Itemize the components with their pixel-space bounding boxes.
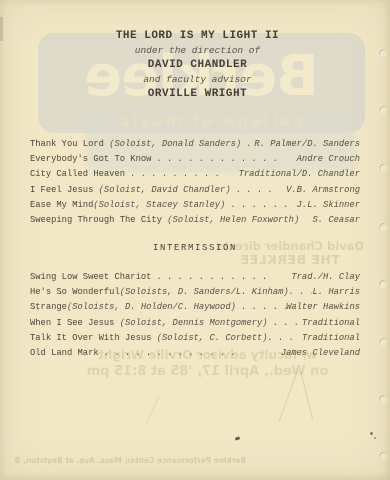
hole-punch: [379, 452, 387, 460]
hole-punch: [379, 164, 387, 172]
dot-leader: . . . . .: [236, 302, 286, 312]
song-row: Everybody's Got To Know. . . . . . . . .…: [30, 154, 360, 169]
song-title: Everybody's Got To Know: [30, 154, 151, 164]
paper-crease: [279, 369, 299, 421]
song-composer: Traditional: [302, 318, 360, 328]
song-soloist: (Soloists, D. Holden/C. Haywood): [67, 302, 236, 312]
song-title: Sweeping Through The City: [30, 215, 167, 225]
hole-punch: [379, 395, 387, 403]
song-soloist: (Soloist, Helen Foxworth): [167, 215, 299, 225]
song-title: Old Land Mark: [30, 348, 99, 358]
ink-speck: [235, 436, 241, 441]
ink-speck: [370, 432, 373, 435]
song-title: City Called Heaven: [30, 169, 125, 179]
song-row: When I See Jesus (Soloist, Dennis Montgo…: [30, 318, 360, 333]
dot-leader: . . . .: [231, 185, 286, 195]
song-soloist: (Soloists, D. Sanders/L. Kinham).: [120, 287, 294, 297]
song-row: Sweeping Through The City (Soloist, Hele…: [30, 215, 360, 230]
dot-leader: . .: [273, 333, 302, 343]
song-composer: J.L. Skinner: [297, 200, 360, 210]
song-composer: James Cleveland: [281, 348, 360, 358]
hole-punch: [379, 280, 387, 288]
song-composer: Traditional/D. Chandler: [239, 169, 360, 179]
song-title: Talk It Over With Jesus: [30, 333, 157, 343]
program-title: THE LORD IS MY LIGHT II: [30, 29, 365, 44]
director-name: DAVID CHANDLER: [30, 58, 365, 73]
song-title: He's So Wonderful: [30, 287, 120, 297]
direction-subtitle: under the direction of: [30, 44, 365, 59]
song-composer: Walter Hawkins: [286, 302, 360, 312]
song-soloist: (Soloist, David Chandler): [99, 185, 231, 195]
song-row: Old Land Mark. . . . . . . . . . . . .Ja…: [30, 348, 360, 363]
song-composer: Andre Crouch: [297, 154, 360, 164]
song-soloist: (Soloist, Stacey Stanley): [93, 200, 225, 210]
paper-crease: [300, 371, 313, 420]
hole-punch: [379, 49, 387, 57]
song-title: Ease My Mind: [30, 200, 93, 210]
song-composer: V.B. Armstrong: [286, 185, 360, 195]
advisor-subtitle: and faculty advisor: [30, 73, 365, 88]
song-row: I Feel Jesus (Soloist, David Chandler). …: [30, 185, 360, 200]
dot-leader: . . . . . . . . . . . .: [151, 154, 296, 164]
paper-crease: [146, 396, 160, 424]
dot-leader: . . . . . . . . . . .: [151, 272, 291, 282]
song-soloist: (Soloist, Donald Sanders): [109, 139, 241, 149]
dot-leader: . .: [294, 287, 313, 297]
song-title: Swing Low Sweet Chariot: [30, 272, 151, 282]
song-composer: Trad./H. Clay: [291, 272, 360, 282]
song-composer: R. Palmer/D. Sanders: [254, 139, 360, 149]
song-composer: L. Harris: [312, 287, 360, 297]
dot-leader: . .: [241, 139, 254, 149]
program-header: THE LORD IS MY LIGHT II under the direct…: [30, 29, 365, 102]
dot-leader: . . . . . . . . . . . . .: [99, 348, 281, 358]
song-title: When I See Jesus: [30, 318, 120, 328]
intermission-heading: INTERMISSION: [30, 243, 360, 253]
song-title: I Feel Jesus: [30, 185, 99, 195]
bleedthrough-footer: Berklee Performance Center, Mass. Ave. a…: [14, 456, 246, 465]
song-row: Strange(Soloists, D. Holden/C. Haywood).…: [30, 302, 360, 317]
song-row: Swing Low Sweet Chariot. . . . . . . . .…: [30, 272, 360, 287]
song-title: Thank You Lord: [30, 139, 109, 149]
hole-punch: [379, 338, 387, 346]
song-composer: S. Ceasar: [312, 215, 360, 225]
song-row: Ease My Mind(Soloist, Stacey Stanley). .…: [30, 200, 360, 215]
song-soloist: (Soloist, C. Corbett).: [157, 333, 273, 343]
song-row: Thank You Lord (Soloist, Donald Sanders)…: [30, 139, 360, 154]
hole-punch: [379, 106, 387, 114]
song-soloist: (Soloist, Dennis Montgomery): [120, 318, 268, 328]
dot-leader: . . .: [268, 318, 302, 328]
ink-speck: [374, 437, 376, 439]
song-composer: Traditional: [302, 333, 360, 343]
song-row: City Called Heaven. . . . . . . . .Tradi…: [30, 169, 360, 184]
scan-edge-mark: [0, 17, 3, 41]
hole-punch: [379, 223, 387, 231]
song-title: Strange: [30, 302, 67, 312]
dot-leader: . . . . . .: [225, 200, 296, 210]
bleedthrough-line2: THE BERKLEE: [205, 253, 375, 267]
song-row: Talk It Over With Jesus (Soloist, C. Cor…: [30, 333, 360, 348]
advisor-name: ORVILLE WRIGHT: [30, 87, 365, 102]
scan-document: { "page": { "bg_color": "#f2e8c6", "text…: [0, 0, 390, 480]
song-row: He's So Wonderful(Soloists, D. Sanders/L…: [30, 287, 360, 302]
song-list-set2: Swing Low Sweet Chariot. . . . . . . . .…: [30, 272, 360, 363]
song-list-set1: Thank You Lord (Soloist, Donald Sanders)…: [30, 139, 360, 230]
dot-leader: . . . . . . . . .: [125, 169, 239, 179]
